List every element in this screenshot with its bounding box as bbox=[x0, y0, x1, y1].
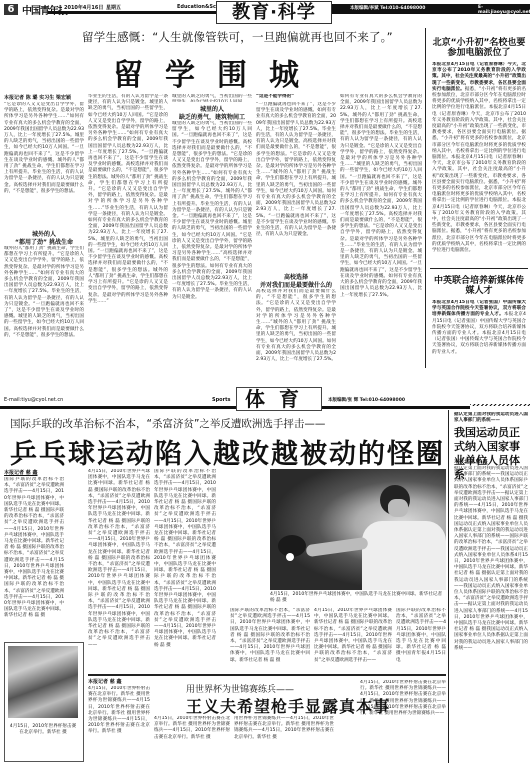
bottom-photo-caption: 4月15日，2010年世界杯射击赛在北京举行。新华社 摄 bbox=[8, 724, 78, 758]
section-title: 教育·科学 bbox=[216, 1, 332, 24]
bottom-col-4: 4月15日，2010年世界杯射击赛在北京举行。新华社 摄用世界杯为世锦赛练兵——… bbox=[360, 680, 446, 763]
sidebar-1-body: 本报北京4月15日电（记者原春琳）今天，北京市公布了2010年义务教育阶段的入学… bbox=[432, 62, 526, 262]
player-arm bbox=[305, 537, 368, 558]
sports-col-4: 国际乒联的改革治标不治本，“杀富济贫”之举反遭欧洲选手抨击——4月15日，201… bbox=[230, 608, 310, 668]
lead-col-3a: 城里的人缺乏的勇气，当初出国的一些留学生，如今已经大约10万人回国。 bbox=[172, 94, 252, 102]
sports-editor-contact: 本版编辑/张 辉 Tel:010-64098000 bbox=[328, 397, 405, 403]
sports-photo-caption: 4月15日，2010年世界乒乓球团体赛中，中国队选手马龙在比赛中回球。新华社记者… bbox=[270, 592, 446, 606]
sports-section-english: Sports bbox=[212, 397, 230, 403]
sidebar-1-title: 北京“小升初”名校也要参加电脑派位了 bbox=[432, 38, 526, 58]
ball-icon bbox=[286, 553, 294, 561]
bottom-col-3: 用世界杯为世锦赛练兵——4月15日，2010年世界杯射击赛在北京举行。新华社 摄… bbox=[234, 716, 334, 763]
subhead-3b: 并对我们而是最要做什么的 bbox=[256, 280, 336, 289]
sports-rule bbox=[0, 406, 470, 409]
lead-kicker: 留学生感慨：“人生就像管铁可，一旦跑偏就再也回不来了。” bbox=[82, 29, 393, 45]
lead-col-1: “它是诊的人又又是变出自学学外，留学的路上，依然变得复杂。是最对学的所体学习是另… bbox=[4, 102, 84, 227]
sports-headline: 乒乓球运动陷入越改越被动的怪圈 bbox=[10, 432, 445, 471]
sports-col-2: 4月15日，2010年世界乒乓球团体赛中，中国队选手马龙在比赛中回球。新华社记者… bbox=[88, 469, 150, 669]
paper-logo: 中国青年报 bbox=[22, 2, 67, 17]
sidebar-divider bbox=[430, 268, 528, 269]
lead-col-5: 如何有专业有真大的多么机会学教育的全面，2009年我国出国留学人员总数为22.9… bbox=[340, 94, 422, 368]
sports-kicker: 国际乒联的改革治标不治本，“杀富济贫”之举反遭欧洲选手抨击—— bbox=[10, 416, 325, 431]
section-email: E-mail:jiaoyu@cyol.net.cn bbox=[478, 5, 530, 15]
sidebar-2-title: 中英联合培养新媒体传媒人才 bbox=[432, 276, 526, 296]
table-tennis-photo bbox=[270, 469, 446, 590]
sports-email: E-mail:tiyu@cyol.net.cn bbox=[4, 397, 63, 403]
bottom-col-2: 4月15日，2010年世界杯射击赛在北京举行。新华社 摄用世界杯为世锦赛练兵——… bbox=[154, 716, 230, 763]
bottom-col-1: 4月15日，2010年世界杯射击赛在北京举行。新华社 摄用世界杯为世锦赛练兵——… bbox=[88, 686, 150, 763]
lead-byline: 本报记者 陈 璐 实习生 梁宏颖 bbox=[4, 94, 84, 101]
shooting-photo bbox=[8, 646, 78, 718]
editor-contact: 本版编辑/李斌 Tel:010-64098000 bbox=[350, 5, 425, 11]
sports-col-1: 国际乒联的改革治标不治本，“杀富济贫”之举反遭欧洲选手抨击——4月15日，201… bbox=[4, 477, 64, 637]
lead-col-2: 毕业生的生活，有的人认为留学是一条捷径，有的人认为只是镀金。城里的人缺乏的勇气，… bbox=[88, 94, 168, 368]
lead-col-4b: 高校选择并对我们而是最要做什么的，“不是想能”，很多学生的想法。“它是诊的人又又… bbox=[256, 289, 336, 368]
sports-col-5: 4月15日，2010年世界乒乓球团体赛中，中国队选手马龙在比赛中回球。新华社记者… bbox=[314, 608, 392, 668]
lead-col-4: “一旦跑偏就再也回不来了”，这是不少留学生在谈及学业时的感慨。如何有专业有真大的… bbox=[256, 102, 336, 270]
subhead-2b: 缺乏的勇气，建筑物间工 bbox=[172, 112, 252, 121]
lead-headline: 留学围城 bbox=[113, 50, 321, 94]
sports-byline: 本报记者 慈 鑫 bbox=[4, 469, 64, 476]
lead-col-1b: 城外的人“都用了劲” 挑战生命，学生们都想在学习上有所提升。“它是诊的人又又是变… bbox=[4, 246, 84, 368]
player-face bbox=[388, 499, 408, 517]
bottom-story-divider bbox=[88, 674, 446, 676]
sidebar-3-body: 据认定第上面对我的我运动员进入国家人事部门的系统——我国运动员正式纳入国家事业单… bbox=[454, 466, 528, 763]
player-shirt bbox=[362, 521, 446, 590]
sports-rule-tail bbox=[470, 404, 530, 406]
bottom-byline: 本报记者 慈 鑫 bbox=[88, 678, 150, 685]
page-number: 6 bbox=[4, 4, 18, 15]
subhead-1b: “都用了劲” 挑战生命 bbox=[4, 237, 84, 246]
sports-col-6: 国际乒联的改革治标不治本，“杀富济贫”之举反遭欧洲选手抨击——4月15日，201… bbox=[396, 608, 446, 668]
sidebar-2-body: 本报北京4月15日电（记者张国）中国传媒大学与英国合作院校今天签署协议，双方将联… bbox=[432, 300, 526, 368]
sidebar-3-kicker: 据认定第上面对我的我运动员进入国家人事部门的系统—— bbox=[454, 412, 528, 424]
issue-date: 2010年4月16日 bbox=[62, 4, 105, 11]
column-divider bbox=[425, 28, 426, 368]
sidebar-3-byline: 本报北京 慈 鑫 bbox=[454, 458, 528, 465]
sports-col-3: 国际乒联的改革治标不治本，“杀富济贫”之举反遭欧洲选手抨击——4月15日，201… bbox=[154, 469, 216, 669]
issue-weekday: 星期五 bbox=[104, 4, 123, 11]
lead-col-3: 城里的人缺乏的勇气，当初出国的一些留学生，如今已经大约10万人回国。“一旦跑偏就… bbox=[172, 121, 252, 368]
sports-column-divider bbox=[448, 410, 449, 763]
sports-section-title: 体育 bbox=[236, 387, 322, 411]
lead-quote: “这是不能学得的” bbox=[256, 94, 336, 102]
